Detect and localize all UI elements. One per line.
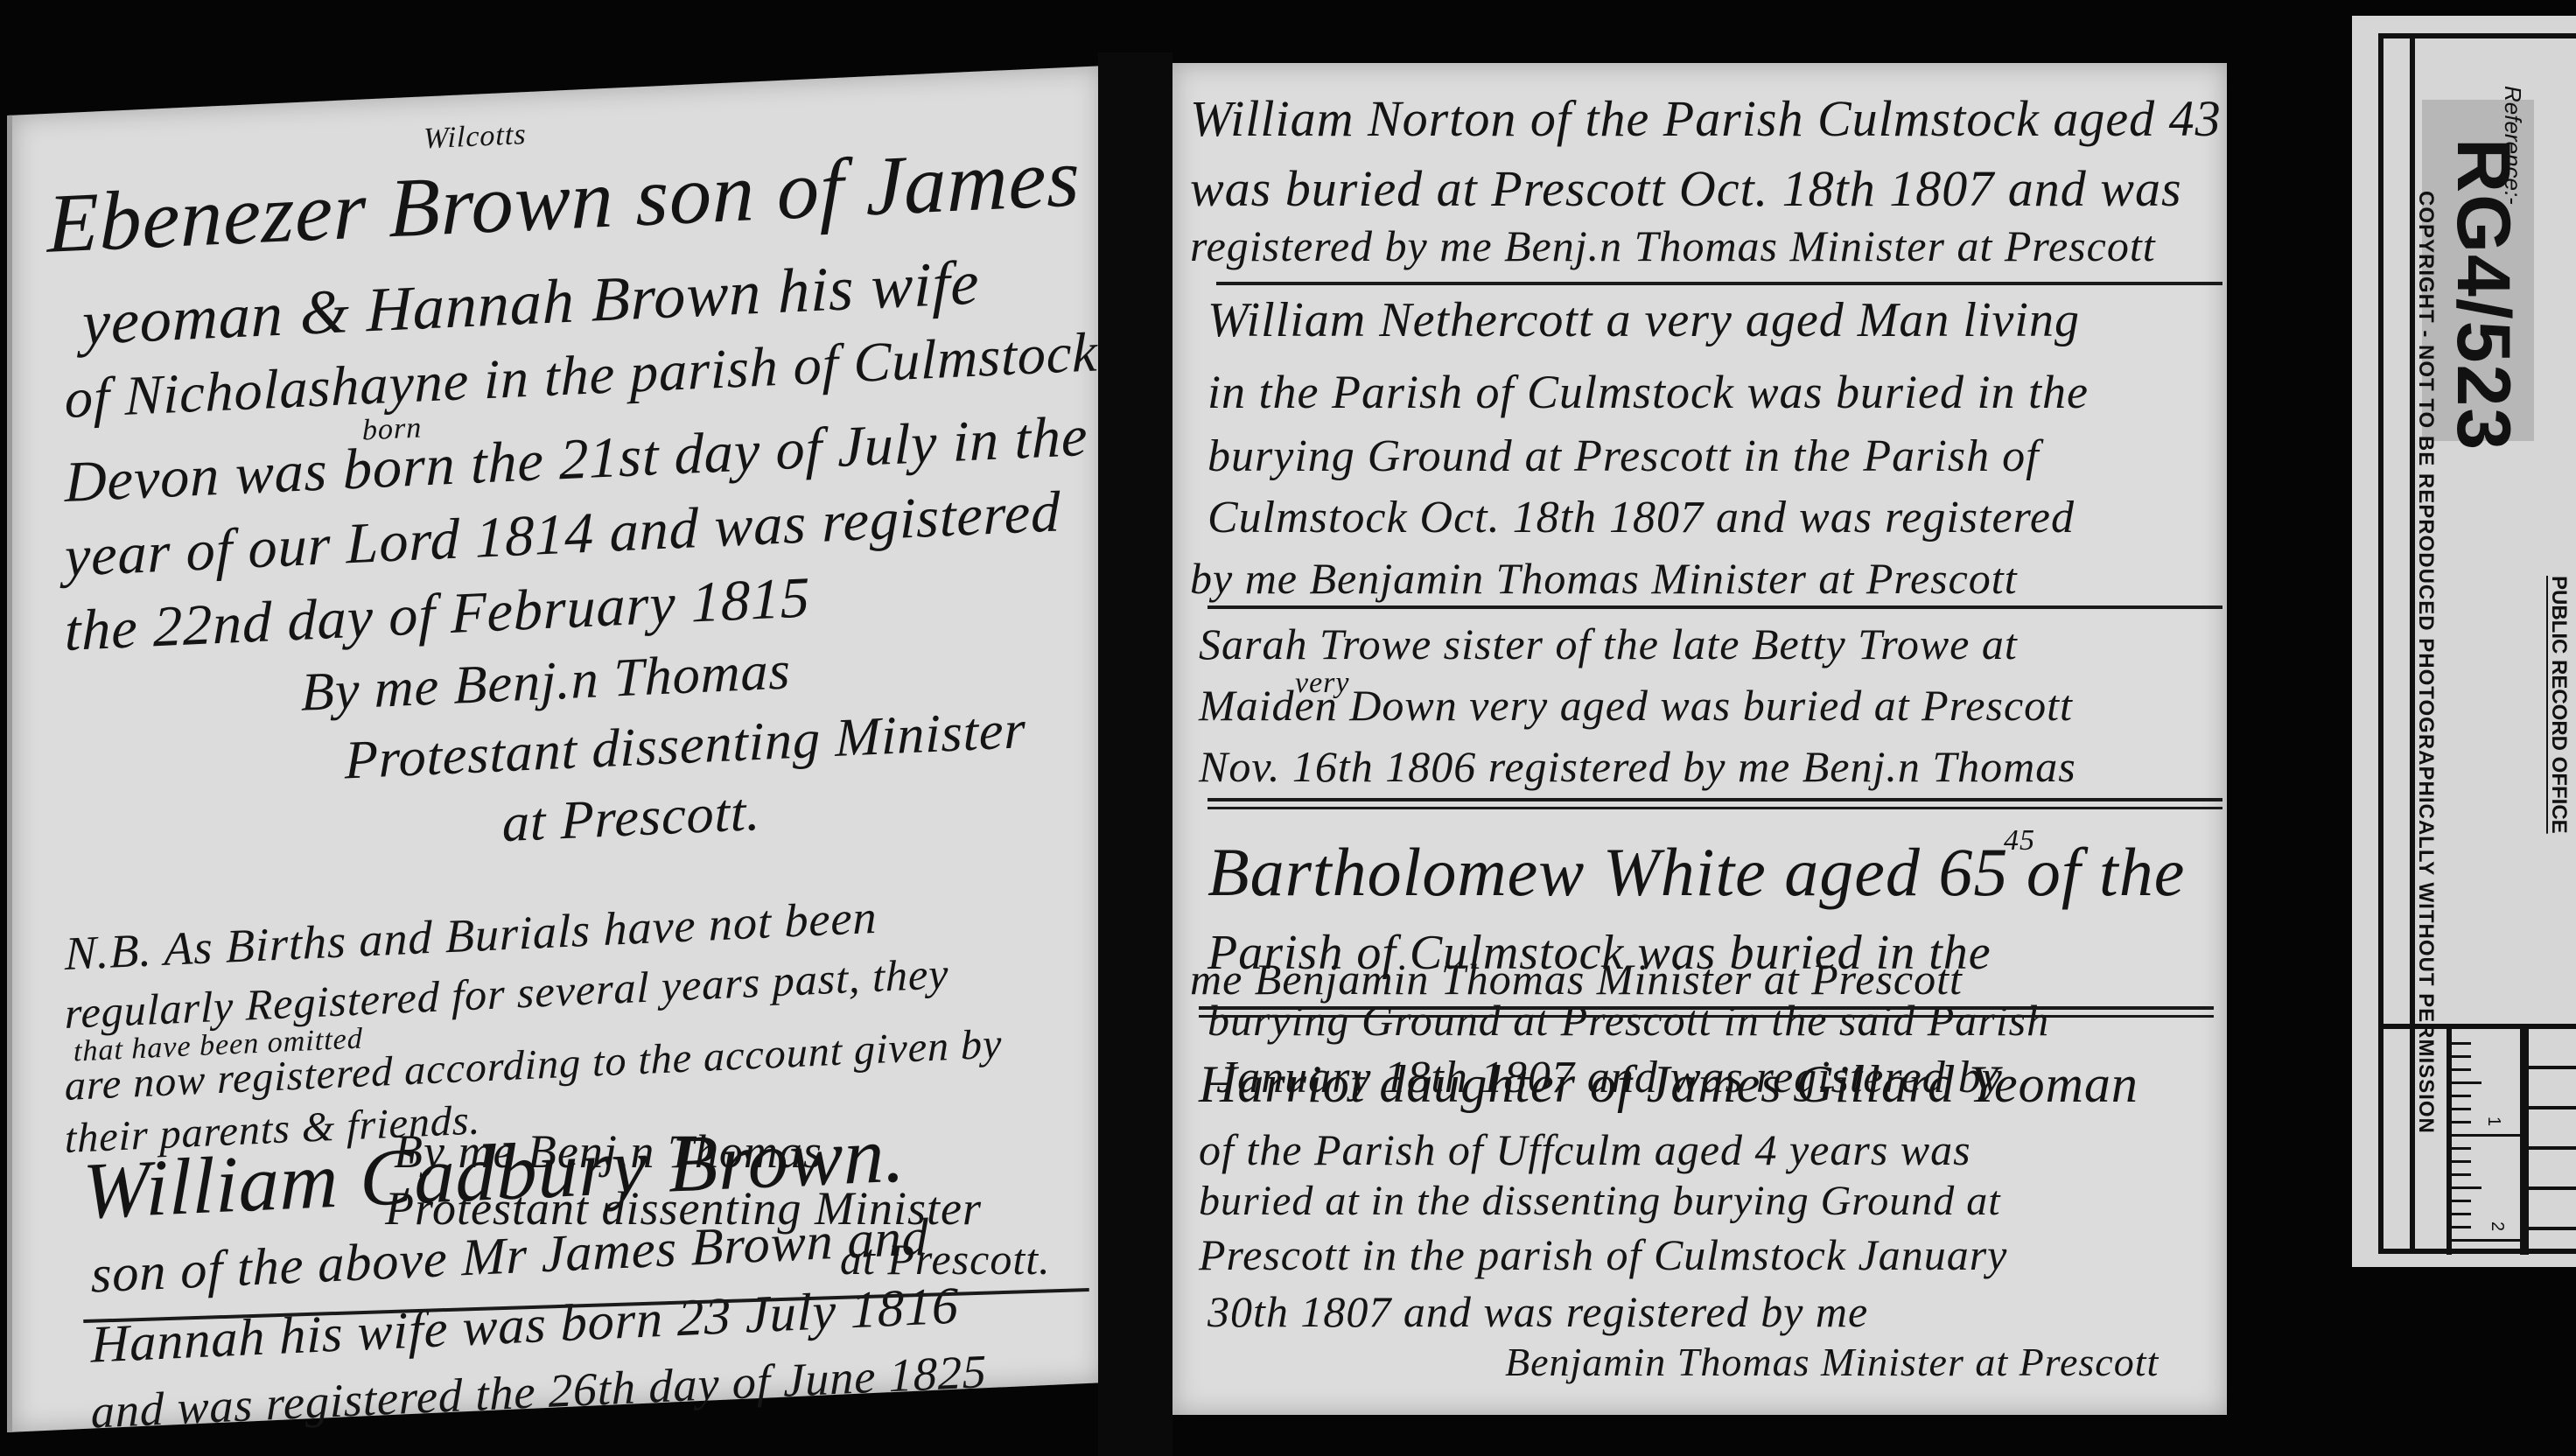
reference-number: RG4/523 <box>2439 138 2526 451</box>
entry1-signature: By me Benj.n Thomas <box>301 640 791 724</box>
entry-divider <box>1199 1006 2214 1010</box>
entry2-signature: By me Benj.n Thomas <box>394 1124 822 1179</box>
harriot-line-4: Prescott in the parish of Culmstock Janu… <box>1199 1229 2007 1280</box>
scale-mark-2: 2 <box>2487 1221 2507 1231</box>
scale-ruler: 1 2 <box>2446 1029 2525 1255</box>
nethercott-line-4: Culmstock Oct. 18th 1807 and was registe… <box>1207 492 2075 543</box>
trowe-line-3: Nov. 16th 1806 registered by me Benj.n T… <box>1199 741 2076 792</box>
age-correction: 45 <box>2004 824 2035 857</box>
harriot-line-1: Harriot daughter of James Gillard Yeoman <box>1199 1054 2138 1115</box>
entry2-title: Protestant dissenting Minister <box>385 1181 982 1235</box>
entry-divider <box>1207 798 2222 801</box>
norton-line-3: registered by me Benj.n Thomas Minister … <box>1190 220 2156 271</box>
nethercott-line-1: William Nethercott a very aged Man livin… <box>1207 292 2080 348</box>
trowe-line-1: Sarah Trowe sister of the late Betty Tro… <box>1199 619 2018 669</box>
harriot-signature: Benjamin Thomas Minister at Prescott <box>1505 1339 2159 1385</box>
harriot-line-2: of the Parish of Uffculm aged 4 years wa… <box>1199 1124 1971 1175</box>
reference-card: Reference:- RG4/523 COPYRIGHT - NOT TO B… <box>2352 16 2576 1267</box>
copyright-notice: COPYRIGHT - NOT TO BE REPRODUCED PHOTOGR… <box>2413 191 2438 1134</box>
public-record-office: PUBLIC RECORD OFFICE <box>2546 576 2571 834</box>
trowe-line-2: Maiden Down very aged was buried at Pres… <box>1199 680 2073 731</box>
harriot-line-3: buried at in the dissenting burying Grou… <box>1199 1177 2001 1225</box>
white-line-1: Bartholomew White aged 65 of the <box>1207 833 2185 912</box>
entry-divider <box>1216 282 2222 285</box>
harriot-line-5: 30th 1807 and was registered by me <box>1207 1286 1868 1337</box>
grid-divider <box>2523 1029 2529 1255</box>
marginal-note: Wilcotts <box>423 118 527 156</box>
ruler-top-rule <box>2378 1024 2576 1029</box>
norton-line-1: William Norton of the Parish Culmstock a… <box>1190 89 2222 148</box>
nethercott-line-2: in the Parish of Culmstock was buried in… <box>1207 365 2089 419</box>
white-line-5-visible: me Benjamin Thomas Minister at Prescott <box>1190 954 1963 1004</box>
entry2-place: at Prescott. <box>840 1234 1051 1284</box>
norton-line-2: was buried at Prescott Oct. 18th 1807 an… <box>1190 159 2182 218</box>
entry-divider-double <box>1207 807 2222 809</box>
nethercott-line-3: burying Ground at Prescott in the Parish… <box>1207 430 2040 482</box>
entry-divider-double <box>1199 1015 2214 1018</box>
book-spine <box>1098 52 1172 1456</box>
entry-divider <box>1207 605 2222 609</box>
entry1-place: at Prescott. <box>502 781 761 855</box>
nethercott-line-5: by me Benjamin Thomas Minister at Presco… <box>1190 553 2018 604</box>
scale-mark-1: 1 <box>2483 1116 2503 1126</box>
